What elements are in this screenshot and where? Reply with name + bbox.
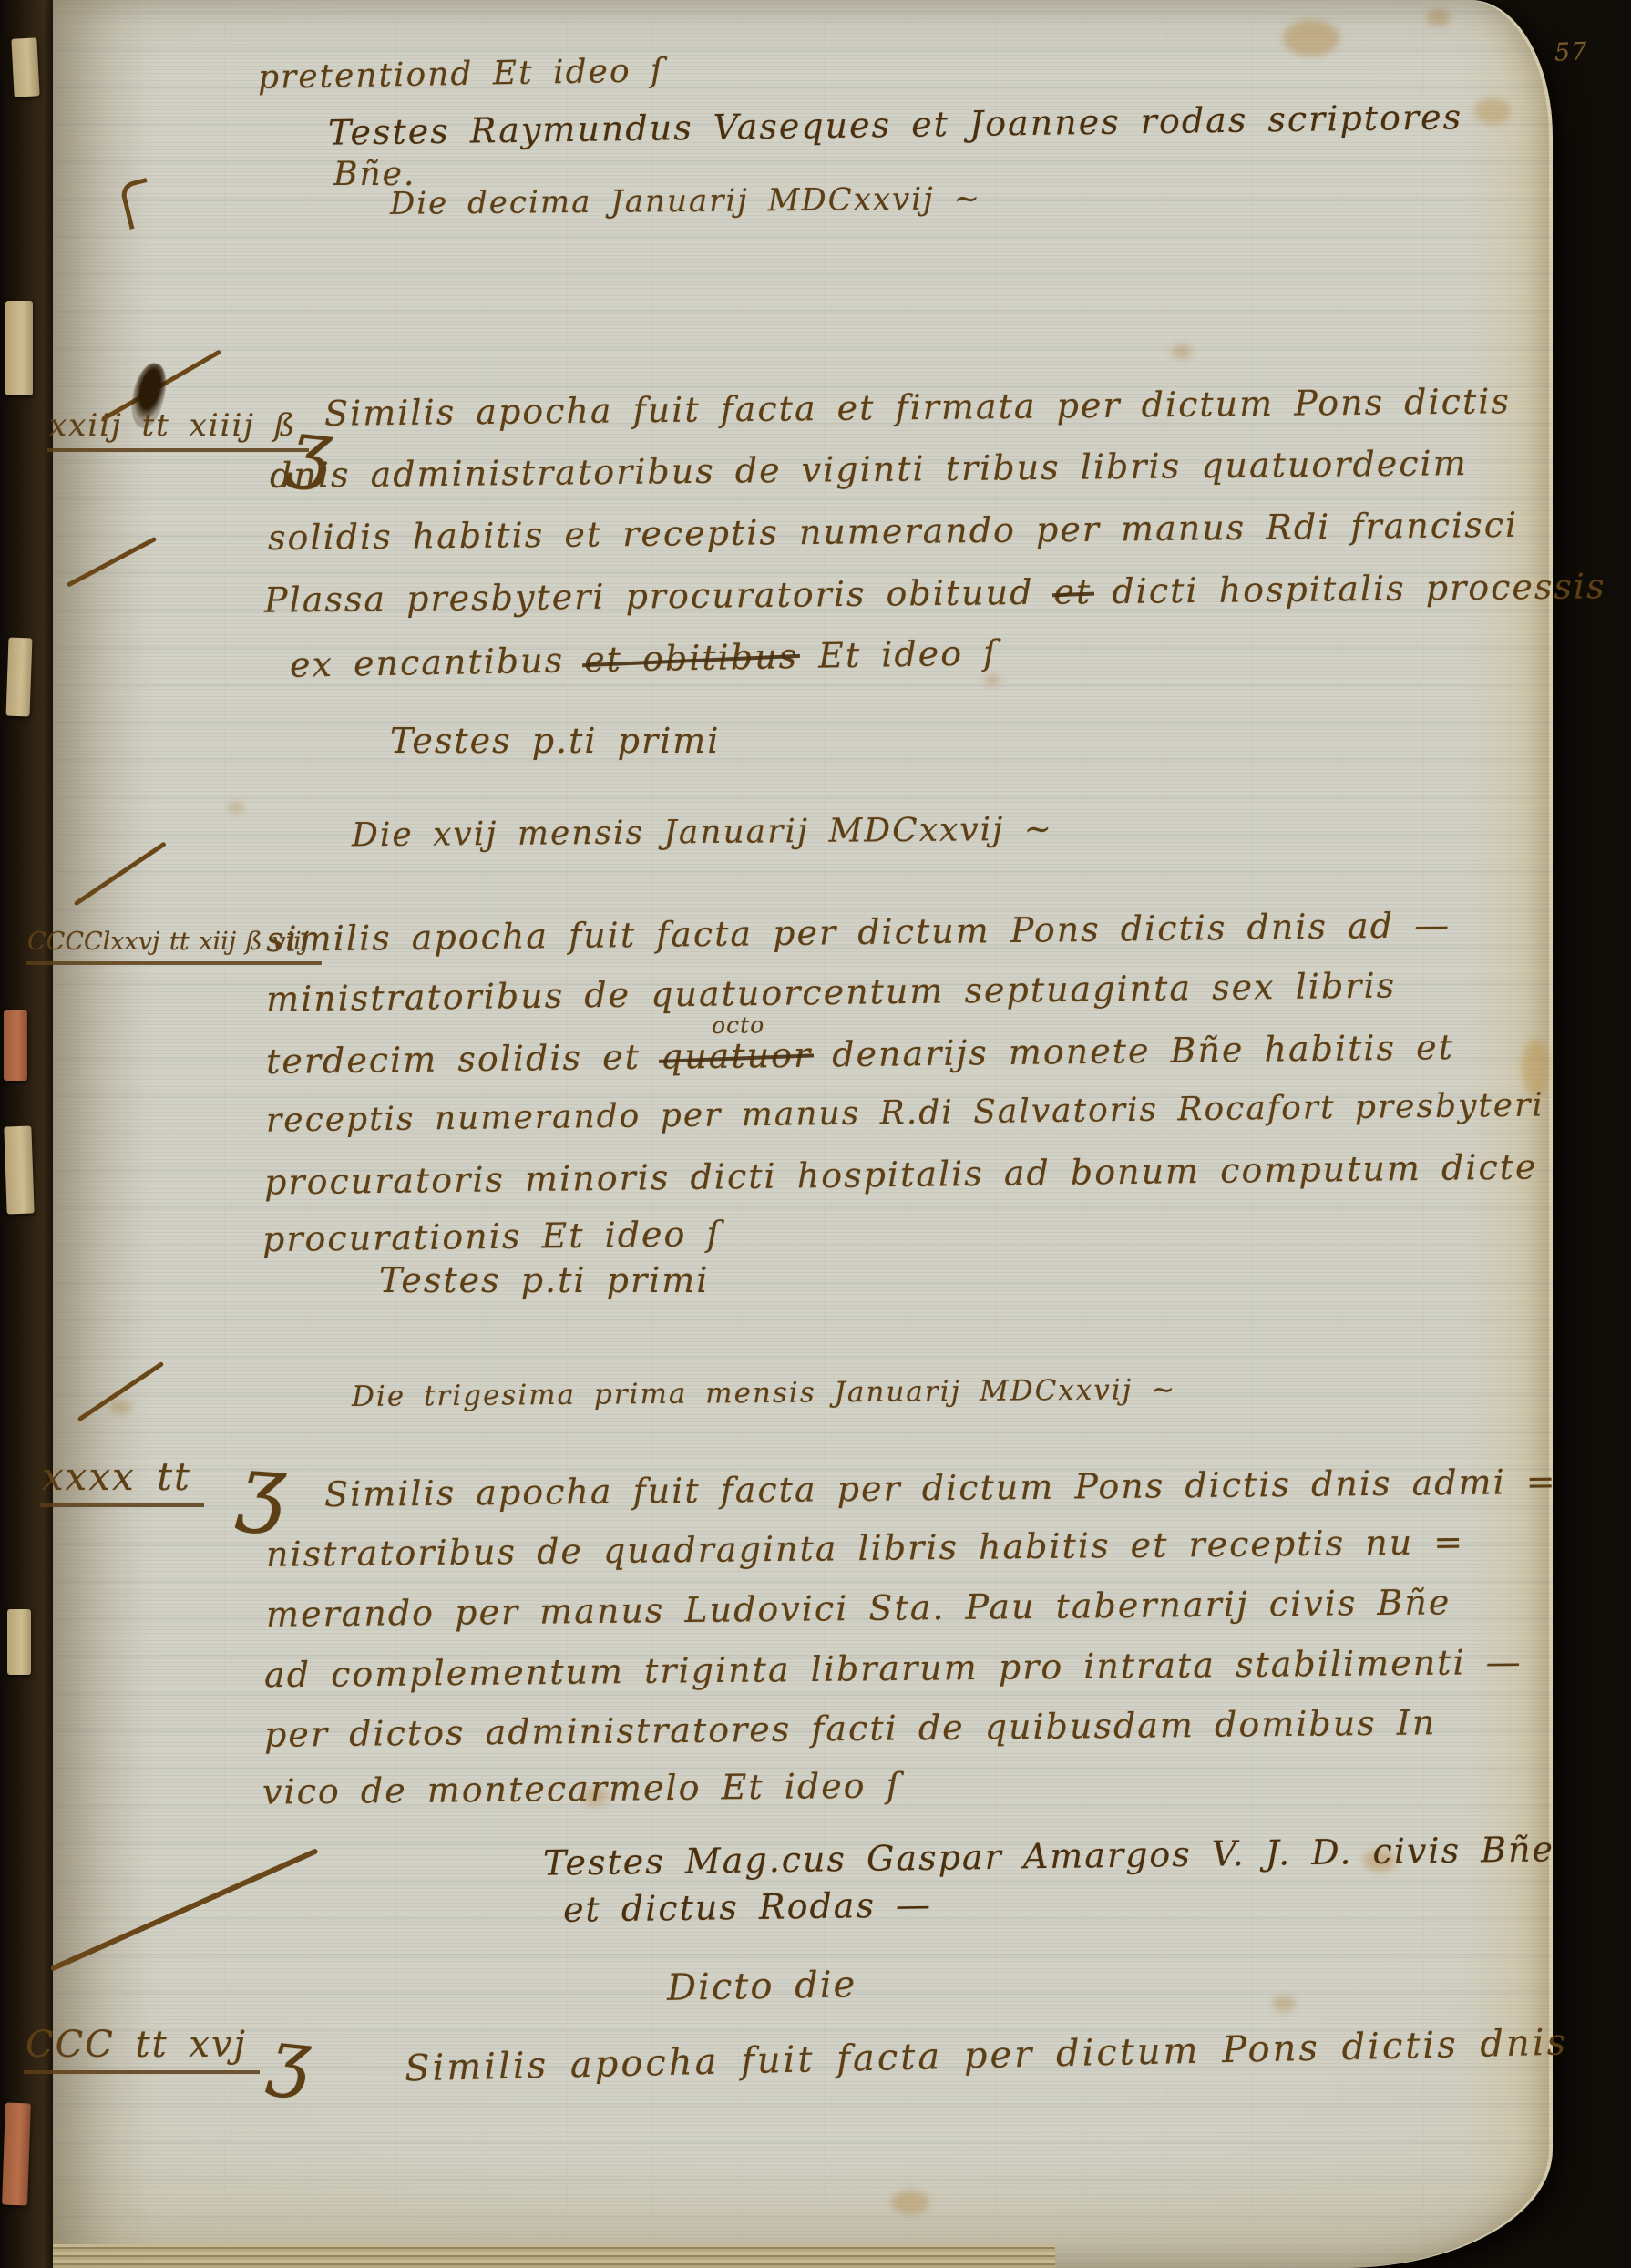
folio-number: 57	[1554, 39, 1588, 65]
foxing-stain	[109, 1400, 131, 1414]
manuscript-line: procurationis Et ideo ſ	[262, 1216, 722, 1257]
manuscript-line: pretentiond Et ideo ſ	[258, 55, 665, 95]
foxing-stain	[1283, 20, 1339, 56]
margin-amount-annotation: xxiij tt xiiij ß	[47, 410, 309, 452]
manuscript-scan: 57 pretentiond Et ideo ſ Testes Raymundu…	[0, 0, 1631, 2268]
entry-date-heading: Die xvij mensis Januarij MDCxxvij ~	[352, 814, 1053, 853]
margin-amount-annotation: CCC tt xvj	[24, 2027, 260, 2074]
page-deckle-edge	[53, 2244, 1055, 2268]
foxing-stain	[1474, 98, 1511, 124]
foxing-stain	[228, 802, 244, 813]
foxing-stain	[984, 674, 1000, 685]
foxing-stain	[1272, 1996, 1296, 2012]
binding-tab	[11, 37, 39, 97]
interlinear-insertion: octo	[712, 1013, 764, 1037]
entry-date-heading: Dicto die	[667, 1966, 857, 2006]
book-binding	[0, 0, 56, 2268]
binding-tab	[5, 301, 33, 395]
binding-tab-red	[2, 2103, 31, 2206]
witness-line: et dictus Rodas —	[563, 1887, 932, 1927]
binding-tab-red	[4, 1010, 27, 1081]
entry-date-heading: Die trigesima prima mensis Januarij MDCx…	[352, 1376, 1176, 1411]
binding-tab	[6, 638, 33, 717]
paraph-flourish: ʒ	[236, 1443, 291, 1531]
paraph-flourish: ʒ	[266, 2019, 316, 2096]
foxing-stain	[891, 2191, 929, 2214]
witness-line: Testes p.ti primi	[390, 724, 720, 758]
manuscript-line: vico de montecarmelo Et ideo ſ	[262, 1768, 901, 1809]
binding-tab	[7, 1609, 31, 1675]
foxing-stain	[1172, 344, 1192, 359]
witness-line: Testes p.ti primi	[379, 1263, 709, 1298]
struck-text: quatuorocto	[661, 1035, 813, 1077]
entry-date-heading: Die decima Januarij MDCxxvij ~	[390, 183, 981, 220]
foxing-stain	[1427, 9, 1451, 26]
struck-text: et obitibus	[584, 636, 799, 680]
margin-amount-annotation: xxxx tt	[40, 1458, 204, 1507]
struck-text: et	[1053, 571, 1092, 611]
binding-tab	[4, 1126, 34, 1215]
